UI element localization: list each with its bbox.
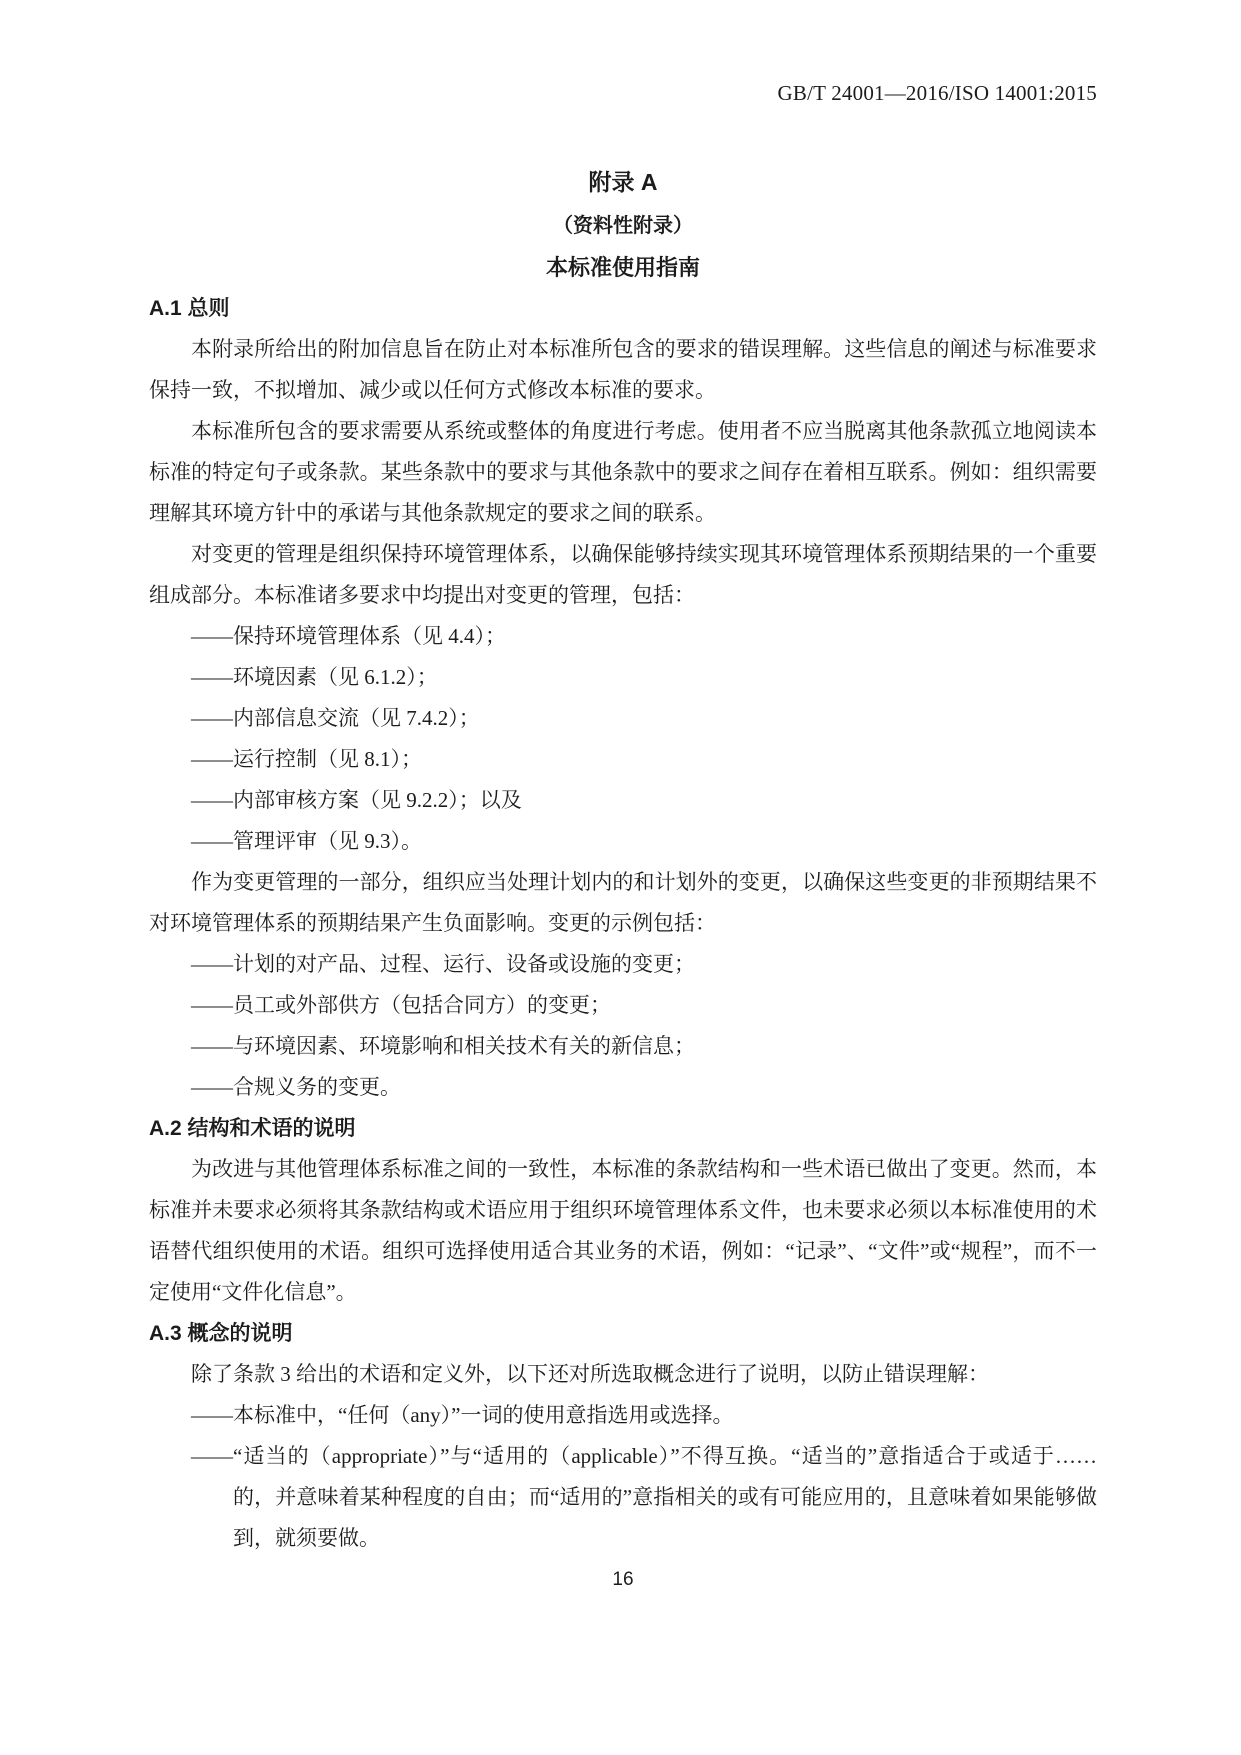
list-item: ——计划的对产品、过程、运行、设备或设施的变更； xyxy=(149,944,1097,985)
list-item: ——“适当的（appropriate）”与“适用的（applicable）”不得… xyxy=(149,1436,1097,1559)
list-item: ——内部审核方案（见 9.2.2）；以及 xyxy=(149,780,1097,821)
list-item: ——合规义务的变更。 xyxy=(149,1067,1097,1108)
document-page: GB/T 24001—2016/ISO 14001:2015 附录 A （资料性… xyxy=(0,0,1241,1755)
list-item: ——保持环境管理体系（见 4.4）； xyxy=(149,616,1097,657)
page-number: 16 xyxy=(149,1559,1097,1600)
appendix-label: 附录 A xyxy=(149,160,1097,205)
list-item: ——本标准中，“任何（any）”一词的使用意指选用或选择。 xyxy=(149,1395,1097,1436)
document-body: 附录 A （资料性附录） 本标准使用指南 A.1 总则 本附录所给出的附加信息旨… xyxy=(149,160,1097,1600)
list-item: ——管理评审（见 9.3）。 xyxy=(149,821,1097,862)
paragraph: 对变更的管理是组织保持环境管理体系，以确保能够持续实现其环境管理体系预期结果的一… xyxy=(149,534,1097,616)
section-heading-a3: A.3 概念的说明 xyxy=(149,1313,1097,1354)
paragraph: 作为变更管理的一部分，组织应当处理计划内的和计划外的变更，以确保这些变更的非预期… xyxy=(149,862,1097,944)
paragraph: 为改进与其他管理体系标准之间的一致性，本标准的条款结构和一些术语已做出了变更。然… xyxy=(149,1149,1097,1313)
list-item: ——与环境因素、环境影响和相关技术有关的新信息； xyxy=(149,1026,1097,1067)
list-item: ——内部信息交流（见 7.4.2）； xyxy=(149,698,1097,739)
list-item: ——环境因素（见 6.1.2）； xyxy=(149,657,1097,698)
paragraph: 本标准所包含的要求需要从系统或整体的角度进行考虑。使用者不应当脱离其他条款孤立地… xyxy=(149,411,1097,534)
paragraph: 本附录所给出的附加信息旨在防止对本标准所包含的要求的错误理解。这些信息的阐述与标… xyxy=(149,329,1097,411)
list-item: ——运行控制（见 8.1）； xyxy=(149,739,1097,780)
paragraph: 除了条款 3 给出的术语和定义外，以下还对所选取概念进行了说明，以防止错误理解： xyxy=(149,1354,1097,1395)
appendix-type-note: （资料性附录） xyxy=(149,205,1097,247)
list-item: ——员工或外部供方（包括合同方）的变更； xyxy=(149,985,1097,1026)
appendix-title: 本标准使用指南 xyxy=(149,247,1097,288)
section-heading-a2: A.2 结构和术语的说明 xyxy=(149,1108,1097,1149)
section-heading-a1: A.1 总则 xyxy=(149,288,1097,329)
standard-code-header: GB/T 24001—2016/ISO 14001:2015 xyxy=(149,80,1097,106)
